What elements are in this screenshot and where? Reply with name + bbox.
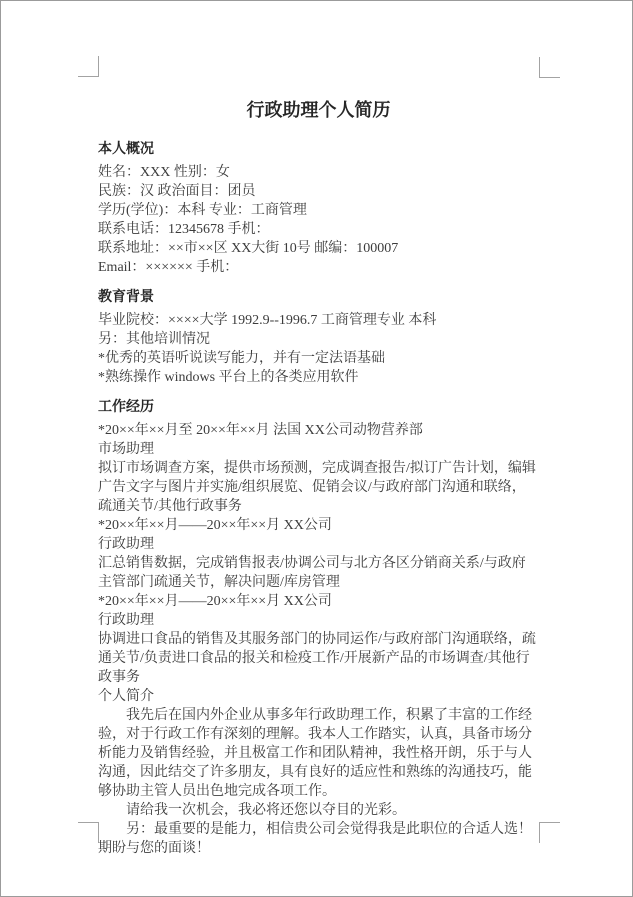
experience-entry-period-3: *20××年××月——20××年××月 XX公司 <box>98 592 539 611</box>
experience-entry-period-2: *20××年××月——20××年××月 XX公司 <box>98 516 539 535</box>
document-page: 行政助理个人简历 本人概况 姓名：XXX 性别：女 民族：汉 政治面目：团员 学… <box>0 0 633 897</box>
profile-line-name-gender: 姓名：XXX 性别：女 <box>98 163 539 182</box>
profile-line-address-zip: 联系地址：××市××区 XX大街 10号 邮编：100007 <box>98 239 539 258</box>
personal-intro-note: 另：最重要的是能力，相信贵公司会觉得我是此职位的合适人选！ <box>98 820 539 839</box>
education-line-english-skill: *优秀的英语听说读写能力，并有一定法语基础 <box>98 349 539 368</box>
profile-line-ethnicity-politics: 民族：汉 政治面目：团员 <box>98 182 539 201</box>
section-heading-profile: 本人概况 <box>98 140 539 159</box>
crop-mark-top-left <box>78 56 99 77</box>
personal-intro-paragraph: 我先后在国内外企业从事多年行政助理工作，积累了丰富的工作经验，对于行政工作有深刻… <box>98 706 539 801</box>
crop-mark-bottom-right <box>539 822 560 843</box>
education-line-school: 毕业院校：××××大学 1992.9--1996.7 工商管理专业 本科 <box>98 311 539 330</box>
personal-intro-label: 个人简介 <box>98 687 539 706</box>
profile-line-phone: 联系电话：12345678 手机： <box>98 220 539 239</box>
experience-entry-duties-1: 拟订市场调查方案，提供市场预测，完成调查报告/拟订广告计划，编辑广告文字与图片并… <box>98 459 539 516</box>
profile-line-email: Email：×××××× 手机： <box>98 258 539 277</box>
personal-intro-appeal: 请给我一次机会，我必将还您以夺目的光彩。 <box>98 801 539 820</box>
experience-entry-period-1: *20××年××月至 20××年××月 法国 XX公司动物营养部 <box>98 421 539 440</box>
crop-mark-top-right <box>539 57 560 78</box>
section-heading-experience: 工作经历 <box>98 398 539 417</box>
profile-line-degree-major: 学历(学位)：本科 专业：工商管理 <box>98 201 539 220</box>
closing-line: 期盼与您的面谈！ <box>98 839 539 858</box>
experience-entry-duties-2: 汇总销售数据，完成销售报表/协调公司与北方各区分销商关系/与政府主管部门疏通关节… <box>98 554 539 592</box>
crop-mark-bottom-left <box>78 822 99 843</box>
document-title: 行政助理个人简历 <box>98 100 539 120</box>
document-content: 行政助理个人简历 本人概况 姓名：XXX 性别：女 民族：汉 政治面目：团员 学… <box>98 76 539 858</box>
education-line-other-training: 另：其他培训情况 <box>98 330 539 349</box>
education-line-windows-skill: *熟练操作 windows 平台上的各类应用软件 <box>98 368 539 387</box>
experience-entry-role-2: 行政助理 <box>98 535 539 554</box>
experience-entry-role-1: 市场助理 <box>98 440 539 459</box>
experience-entry-duties-3: 协调进口食品的销售及其服务部门的协同运作/与政府部门沟通联络，疏通关节/负责进口… <box>98 630 539 687</box>
section-heading-education: 教育背景 <box>98 288 539 307</box>
experience-entry-role-3: 行政助理 <box>98 611 539 630</box>
